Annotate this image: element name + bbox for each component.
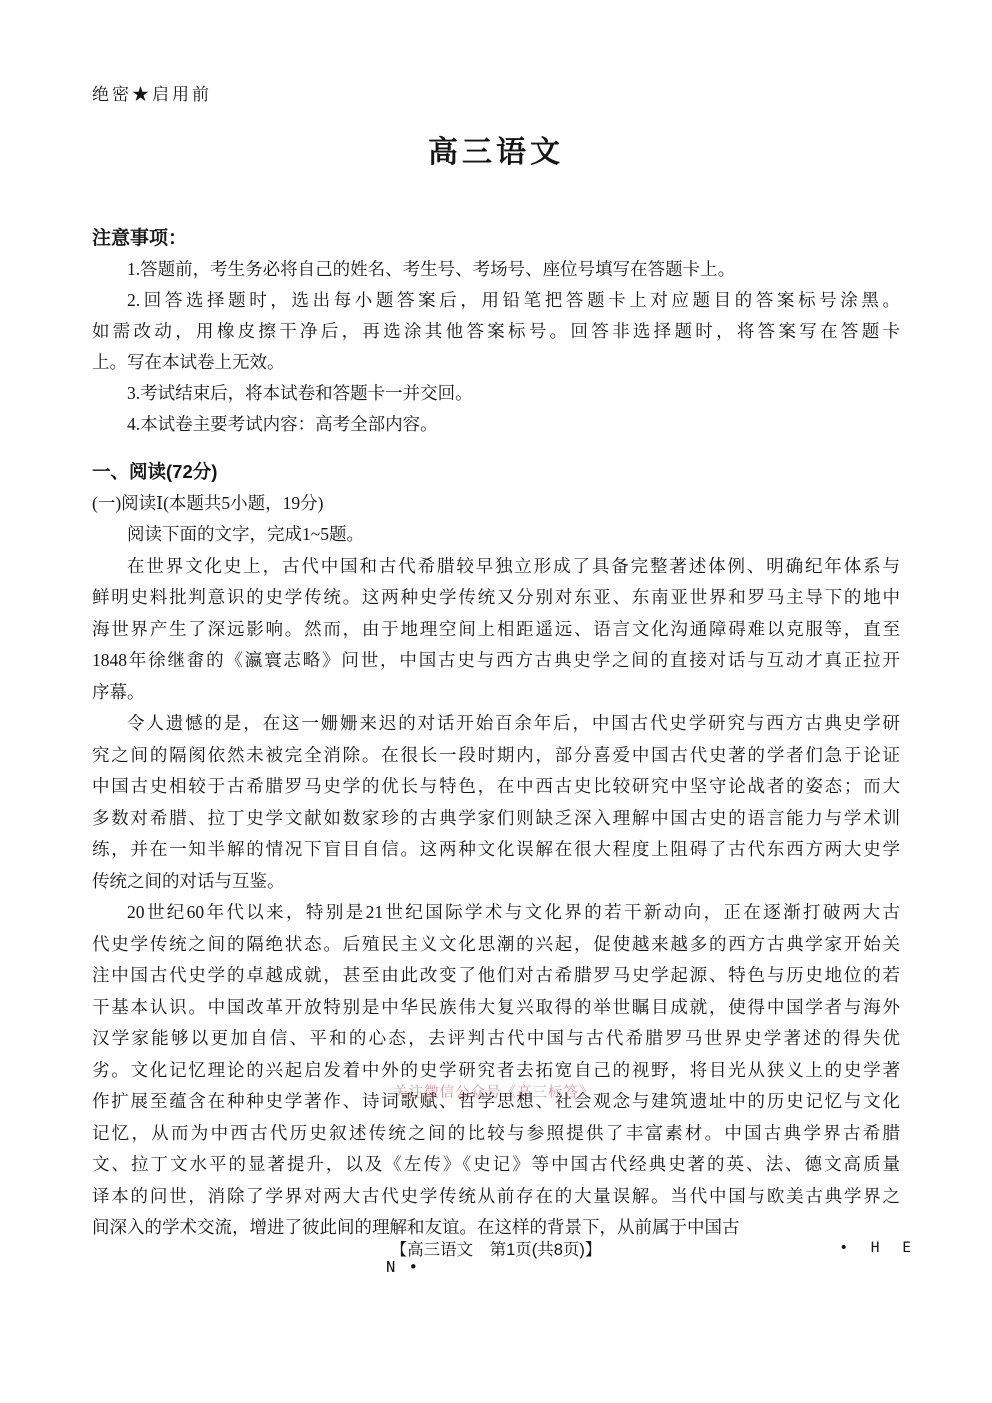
body-line: 汉学家能够以更加自信、平和的心态，去评判古代中国与古代希腊罗马世界史学著述的得失… [92,1023,900,1055]
body-line: 传统之间的对话与互鉴。 [92,866,900,898]
body-line: 鲜明史料批判意识的史学传统。这两种史学传统又分别对东亚、东南亚世界和罗马主导下的… [92,582,900,614]
body-line: 序幕。 [92,677,900,709]
body-line: 练，并在一知半解的情况下盲目自信。这两种文化误解在很大程度上阻碍了古代东西方两大… [92,834,900,866]
instruction-line: 阅读下面的文字，完成1~5题。 [92,519,900,551]
notice-line: 3.考试结束后，将本试卷和答题卡一并交回。 [92,378,900,409]
body-line: 代史学传统之间的隔绝状态。后殖民主义文化思潮的兴起，促使越来越多的西方古典学家开… [92,929,900,961]
section-heading: 一、阅读(72分) [92,456,900,488]
page-title: 高三语文 [92,127,900,171]
body-line: 1848年徐继畬的《瀛寰志略》问世，中国古史与西方古典史学之间的直接对话与互动才… [92,645,900,677]
red-watermark: 关注微信公众号《高三标答》 [393,1081,595,1102]
body-line: 记忆，从而为中西古代历史叙述传统之间的比较与参照提供了丰富素材。中国古典学界古希… [92,1118,900,1150]
paragraph-1: 在世界文化史上，古代中国和古代希腊较早独立形成了具备完整著述体例、明确纪年体系与… [92,551,900,709]
body-line: 译本的问世，消除了学界对两大古代史学传统从前存在的大量误解。当代中国与欧美古典学… [92,1181,900,1213]
body-line: 文、拉丁文水平的显著提升，以及《左传》《史记》等中国古代经典史著的英、法、德文高… [92,1149,900,1181]
body-line: 20世纪60年代以来，特别是21世纪国际学术与文化界的若干新动向，正在逐渐打破两… [92,897,900,929]
notice-line: 4.本试卷主要考试内容：高考全部内容。 [92,409,900,440]
paragraph-2: 令人遗憾的是，在这一姗姗来迟的对话开始百余年后，中国古代史学研究与西方古典史学研… [92,708,900,897]
body-line: 注中国古代史学的卓越成就，甚至由此改变了他们对古希腊罗马史学起源、特色与历史地位… [92,960,900,992]
page-content: 绝密★启用前 高三语文 注意事项： 1.答题前，考生务必将自己的姓名、考生号、考… [92,0,900,1244]
exam-paper-page: 绝密★启用前 高三语文 注意事项： 1.答题前，考生务必将自己的姓名、考生号、考… [0,0,992,1403]
body-line: 海世界产生了深远影响。然而，由于地理空间上相距遥远、语言文化沟通障碍难以克服等，… [92,614,900,646]
notice-line: 上。写在本试卷上无效。 [92,347,900,378]
notice-line: 2.回答选择题时，选出每小题答案后，用铅笔把答题卡上对应题目的答案标号涂黑。 [92,285,900,316]
body-line: 在世界文化史上，古代中国和古代希腊较早独立形成了具备完整著述体例、明确纪年体系与 [92,551,900,583]
notice-line: 如需改动，用橡皮擦干净后，再选涂其他答案标号。回答非选择题时，将答案写在答题卡 [92,316,900,347]
body-line: 多数对希腊、拉丁史学文献如数家珍的古典学家们则缺乏深入理解中国古史的语言能力与学… [92,803,900,835]
classification-label: 绝密★启用前 [92,80,900,105]
paragraph-3: 20世纪60年代以来，特别是21世纪国际学术与文化界的若干新动向，正在逐渐打破两… [92,897,900,1244]
notice-line: 1.答题前，考生务必将自己的姓名、考生号、考场号、座位号填写在答题卡上。 [92,254,900,285]
footer-n-mark: N • [386,1258,420,1276]
body-line: 令人遗憾的是，在这一姗姗来迟的对话开始百余年后，中国古代史学研究与西方古典史学研 [92,708,900,740]
body-line: 干基本认识。中国改革开放特别是中华民族伟大复兴取得的举世瞩目成就，使得中国学者与… [92,992,900,1024]
reading-section: 一、阅读(72分) (一)阅读Ⅰ(本题共5小题，19分) 阅读下面的文字，完成1… [92,456,900,1244]
footer-print-mark: • H E [839,1240,918,1256]
body-line: 究之间的隔阂依然未被完全消除。在很长一段时期内，部分喜爱中国古代史著的学者们急于… [92,740,900,772]
body-line: 中国古史相较于古希腊罗马史学的优长与特色，在中西古史比较研究中坚守论战者的姿态；… [92,771,900,803]
subsection-heading: (一)阅读Ⅰ(本题共5小题，19分) [92,488,900,520]
notice-heading: 注意事项： [92,223,900,254]
notice-section: 注意事项： 1.答题前，考生务必将自己的姓名、考生号、考场号、座位号填写在答题卡… [92,223,900,440]
